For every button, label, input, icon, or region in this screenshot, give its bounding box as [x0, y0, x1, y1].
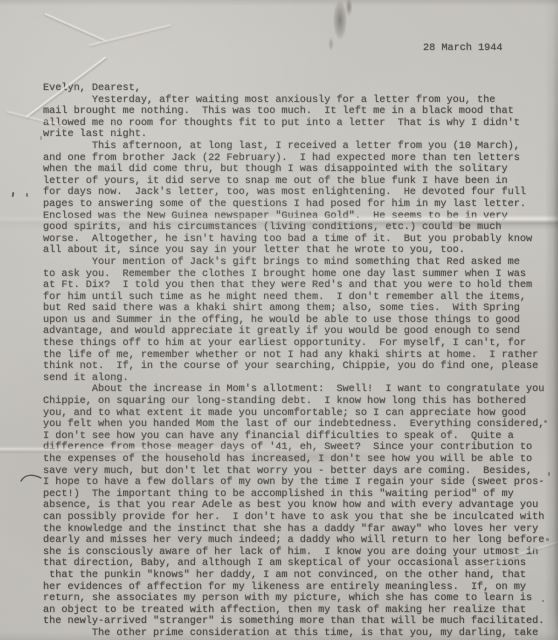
paper-crease-icon: [89, 24, 171, 46]
paper-speck: [548, 472, 550, 476]
pen-tick-mark: [12, 192, 15, 197]
letter-body-text: Evelyn, Dearest, Yesterday, after waitin…: [43, 83, 544, 640]
letter-date: 28 March 1944: [423, 43, 502, 55]
paper-crease-icon: [44, 13, 105, 42]
ink-stain: [320, 0, 364, 60]
pen-tick-mark: [26, 193, 28, 197]
paper-edge-shadow: [544, 0, 558, 640]
scanned-letter-page: 28 March 1944 Evelyn, Dearest, Yesterday…: [0, 0, 558, 640]
paper-speck: [542, 600, 544, 602]
pencil-mark: [20, 472, 42, 484]
paper-speck: [40, 136, 42, 140]
paper-speck: [546, 538, 549, 541]
paper-speck: [519, 631, 523, 634]
paper-speck: [544, 420, 547, 423]
